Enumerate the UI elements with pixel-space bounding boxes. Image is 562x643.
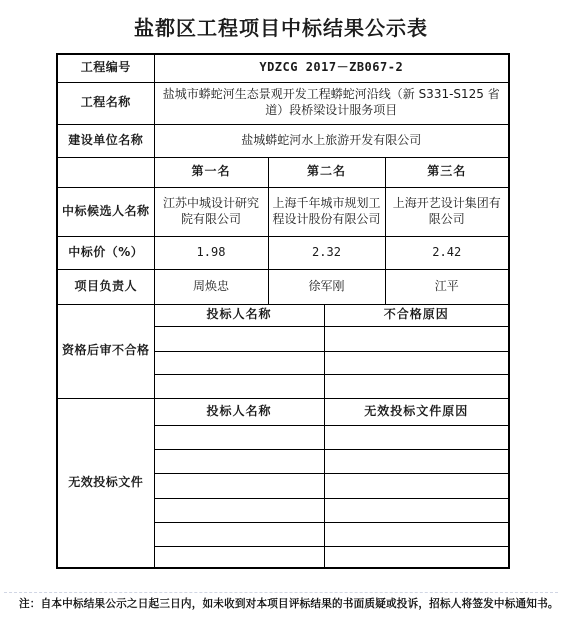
table-row: 中标候选人名称 江苏中城设计研究院有限公司 上海千年城市规划工程设计股份有限公司… — [57, 187, 509, 236]
bid-price-3: 2.42 — [385, 236, 509, 269]
project-code-label: 工程编号 — [57, 54, 154, 82]
project-manager-2: 徐军刚 — [268, 269, 385, 304]
rank-header-spacer-cell — [57, 157, 154, 187]
project-manager-3: 江平 — [385, 269, 509, 304]
invalid-label: 无效投标文件 — [57, 398, 154, 568]
unqualified-bidder-cell — [154, 351, 324, 374]
table-row: 项目负责人 周焕忠 徐军刚 江平 — [57, 269, 509, 304]
candidate-3: 上海开艺设计集团有限公司 — [385, 187, 509, 236]
invalid-bidder-cell — [154, 473, 324, 498]
table-row: 工程名称 盐城市蟒蛇河生态景观开发工程蟒蛇河沿线（新 S331-S125 省道）… — [57, 82, 509, 124]
invalid-bidder-cell — [154, 425, 324, 449]
bid-price-2: 2.32 — [268, 236, 385, 269]
invalid-bidder-cell — [154, 522, 324, 546]
invalid-reason-cell — [324, 425, 509, 449]
candidate-1: 江苏中城设计研究院有限公司 — [154, 187, 268, 236]
rank-header-third: 第三名 — [385, 157, 509, 187]
unqualified-bidder-cell — [154, 374, 324, 398]
unqualified-reason-header: 不合格原因 — [324, 304, 509, 326]
unqualified-reason-cell — [324, 374, 509, 398]
bid-results-table: 工程编号 YDZCG 2017－ZB067-2 工程名称 盐城市蟒蛇河生态景观开… — [56, 53, 510, 569]
unqualified-reason-cell — [324, 326, 509, 351]
invalid-reason-cell — [324, 449, 509, 473]
unqualified-label: 资格后审不合格 — [57, 304, 154, 398]
invalid-bidder-header: 投标人名称 — [154, 398, 324, 425]
invalid-bidder-cell — [154, 498, 324, 522]
table-row: 无效投标文件 投标人名称 无效投标文件原因 — [57, 398, 509, 425]
owner-label: 建设单位名称 — [57, 124, 154, 157]
bid-price-1: 1.98 — [154, 236, 268, 269]
project-name-value: 盐城市蟒蛇河生态景观开发工程蟒蛇河沿线（新 S331-S125 省道）段桥梁设计… — [154, 82, 509, 124]
project-name-label: 工程名称 — [57, 82, 154, 124]
owner-value: 盐城蟒蛇河水上旅游开发有限公司 — [154, 124, 509, 157]
rank-header-first: 第一名 — [154, 157, 268, 187]
page-break-dashed-line — [4, 592, 558, 593]
unqualified-bidder-header: 投标人名称 — [154, 304, 324, 326]
invalid-reason-cell — [324, 546, 509, 568]
project-manager-label: 项目负责人 — [57, 269, 154, 304]
table-row: 中标价（%） 1.98 2.32 2.42 — [57, 236, 509, 269]
invalid-bidder-cell — [154, 546, 324, 568]
project-manager-1: 周焕忠 — [154, 269, 268, 304]
candidates-label: 中标候选人名称 — [57, 187, 154, 236]
invalid-reason-cell — [324, 473, 509, 498]
page-title: 盐都区工程项目中标结果公示表 — [0, 12, 562, 41]
table-row: 资格后审不合格 投标人名称 不合格原因 — [57, 304, 509, 326]
table-row: 第一名 第二名 第三名 — [57, 157, 509, 187]
table-row: 工程编号 YDZCG 2017－ZB067-2 — [57, 54, 509, 82]
table-row: 建设单位名称 盐城蟒蛇河水上旅游开发有限公司 — [57, 124, 509, 157]
invalid-reason-cell — [324, 498, 509, 522]
invalid-reason-header: 无效投标文件原因 — [324, 398, 509, 425]
unqualified-reason-cell — [324, 351, 509, 374]
project-code-value: YDZCG 2017－ZB067-2 — [154, 54, 509, 82]
announcement-page: 盐都区工程项目中标结果公示表 工程编号 YDZCG 2017－ZB067-2 工… — [0, 0, 562, 643]
footnote: 注：自本中标结果公示之日起三日内，如未收到对本项目评标结果的书面质疑或投诉，招标… — [19, 596, 559, 611]
rank-header-second: 第二名 — [268, 157, 385, 187]
invalid-bidder-cell — [154, 449, 324, 473]
candidate-2: 上海千年城市规划工程设计股份有限公司 — [268, 187, 385, 236]
bid-price-label: 中标价（%） — [57, 236, 154, 269]
unqualified-bidder-cell — [154, 326, 324, 351]
invalid-reason-cell — [324, 522, 509, 546]
